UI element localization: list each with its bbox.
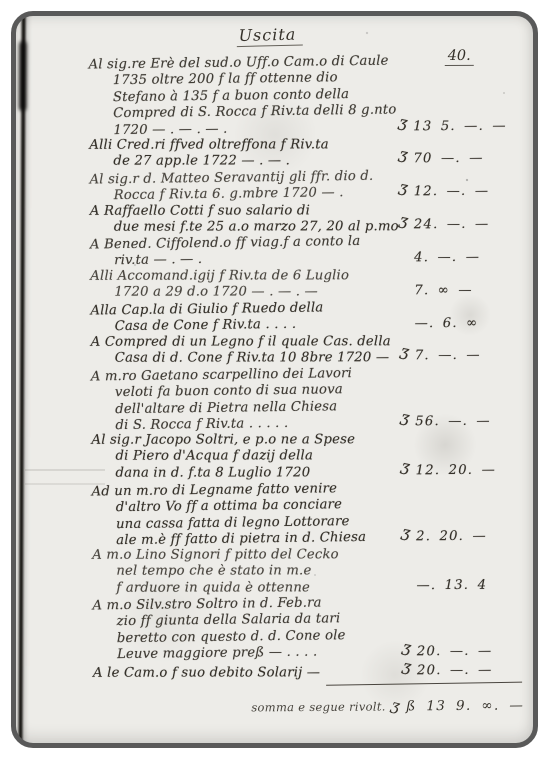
folio-number: 40. [445,48,474,66]
entry-amount: Ʒ 12. 20. — [401,461,529,481]
ledger-entry: A m.o Lino Signori f pitto del Ceckonel … [92,546,529,598]
amount-value: 24. —. — [414,217,490,234]
entry-text: A Compred di un Legno f il quale Cas. de… [91,334,400,367]
entry-line: Alli Cred.ri ffved oltreffona f Riv.ta [89,137,394,154]
ledger-entry: Alli Cred.ri ffved oltreffona f Riv.tade… [89,136,526,172]
amount-value: 20. —. — [417,663,493,680]
tie-flourish [400,326,410,328]
amount-value: —. 13. 4 [416,578,487,595]
amount-value: 7. —. — [415,348,481,365]
ledger-entry: Alla Cap.la di Giulio f Ruedo dellaCasa … [90,300,527,336]
amount-value: —. 6. ∞ [415,315,479,332]
amount-value: 12. —. — [414,184,490,201]
entry-line: di Piero d'Acqua f dazij della [116,449,397,466]
tie-flourish: Ʒ [398,346,411,364]
entry-line: Casa di d. Cone f Riv.ta 10 8bre 1720 — [115,350,396,367]
entry-amount: Ʒ 56. —. — [400,411,528,431]
ledger-entry: A m.ro Gaetano scarpellino dei Lavorivel… [91,365,528,434]
entry-text: Al sig.re Erè del sud.o Uff.o Cam.o di C… [88,53,398,139]
amount-value: 2. 20. — [416,529,487,546]
ledger-entry: A le Cam.o f suo debito Solarij — Ʒ 20. … [93,660,530,682]
tie-flourish: Ʒ [400,661,413,679]
entry-line: dana in d. f.ta 8 Luglio 1720 [116,465,397,482]
tie-flourish: Ʒ [400,641,413,659]
entry-text: Ad un m.ro di Legname fatto venired'altr… [92,480,402,550]
entry-text: A Raffaello Cotti f suo salario didue me… [90,203,399,236]
entry-text: Al sig.r Jacopo Soltri, e p.o ne a Spese… [91,433,400,483]
entry-text: Alli Cred.ri ffved oltreffona f Riv.tade… [89,137,398,170]
entry-amount: Ʒ 7. —. — [400,346,528,366]
amount-value: 4. —. — [414,250,480,267]
tie-flourish: Ʒ [399,461,412,479]
entry-amount: —. 13. 4 [401,577,529,595]
tie-flourish: Ʒ [397,149,410,167]
scanned-manuscript-page: Uscita 40. Al sig.re Erè del sud.o Uff.o… [0,0,549,760]
entry-text: Alli Accomand.igij f Riv.ta de 6 Luglio1… [90,268,399,301]
entry-amount: Ʒ 2. 20. — [401,526,529,546]
ledger-entry: Alli Accomand.igij f Riv.ta de 6 Luglio1… [90,267,527,303]
amount-value: 56. —. — [415,414,491,431]
tie-flourish: Ʒ [397,182,410,200]
tie-flourish [399,260,409,262]
tie-flourish: Ʒ [397,215,410,233]
entry-text: A Bened. Ciffolend.o ff viag.f a conto l… [90,234,399,271]
entry-line: A Compred di un Legno f il quale Cas. de… [91,334,396,351]
ledger-entry: Al sig.r Jacopo Soltri, e p.o ne a Spese… [91,431,528,483]
ledger-entry: A Compred di un Legno f il quale Cas. de… [91,332,528,368]
entry-amount: Ʒ 12. —. — [399,182,527,202]
handwritten-content: Uscita 40. Al sig.re Erè del sud.o Uff.o… [88,19,530,744]
ledger-entry: A m.o Silv.stro Soltro in d. Feb.razio f… [92,595,529,664]
entry-amount: Ʒ 13 5. —. — [398,116,526,136]
total-block: somma e segue rivolt. Ʒ ß 13 9. ∞. — [93,688,530,717]
entry-line: de 27 app.le 1722 — . — . [113,154,394,171]
amount-value: 20. —. — [417,643,493,660]
total-amount: ß 13 9. ∞. — [406,698,524,715]
entry-amount: 7. ∞ — [399,282,527,300]
sum-rule [326,682,522,686]
entry-line: Al sig.r Jacopo Soltri, e p.o ne a Spese [91,433,396,450]
entry-line: A Raffaello Cotti f suo salario di [90,203,395,220]
ledger-entry: Ad un m.ro di Legname fatto venired'altr… [92,480,529,549]
entry-line: Alli Accomand.igij f Riv.ta de 6 Luglio [90,268,395,285]
total-row: somma e segue rivolt. Ʒ ß 13 9. ∞. — [93,688,530,717]
amount-value: 70 —. — [413,151,483,168]
entry-text: Alla Cap.la di Giulio f Ruedo dellaCasa … [90,300,399,337]
page-title: Uscita [236,24,302,47]
entry-line: A le Cam.o f suo debito Solarij — [93,665,398,682]
entry-text: A m.ro Gaetano scarpellino dei Lavorivel… [91,365,401,435]
entry-amount: Ʒ 20. —. — [402,641,530,661]
tie-flourish: Ʒ [389,699,401,718]
entry-amount: Ʒ 24. —. — [399,215,527,235]
paper-sheet: Uscita 40. Al sig.re Erè del sud.o Uff.o… [15,15,534,744]
tie-flourish [402,588,412,590]
tie-flourish [399,293,409,295]
entry-amount: 4. —. — [399,249,527,267]
book-gutter-shadow [18,15,25,744]
entries-list: Al sig.re Erè del sud.o Uff.o Cam.o di C… [89,53,530,682]
entry-text: A m.o Silv.stro Soltro in d. Feb.razio f… [92,595,402,665]
entry-text: A le Cam.o f suo debito Solarij — [93,665,402,682]
entry-text: A m.o Lino Signori f pitto del Ceckonel … [92,547,401,597]
page-header: Uscita 40. [88,19,525,56]
ledger-entry: A Raffaello Cotti f suo salario didue me… [90,201,527,237]
ledger-entry: A Bened. Ciffolend.o ff viag.f a conto l… [90,234,527,270]
entry-amount: Ʒ 20. —. — [402,660,530,680]
entry-line: A m.o Lino Signori f pitto del Cecko [92,547,397,564]
amount-value: 13 5. —. — [413,118,507,135]
tie-flourish: Ʒ [400,526,413,544]
entry-text: Al sig.r d. Matteo Seravantij gli ffr. d… [89,168,398,205]
ledger-entry: Al sig.r d. Matteo Seravantij gli ffr. d… [90,168,527,204]
entry-amount: Ʒ 70 —. — [398,149,526,169]
entry-line: Rocca f Riv.ta 6. g.mbre 1720 — . [114,185,395,205]
amount-value: 7. ∞ — [414,283,472,300]
tie-flourish: Ʒ [399,411,412,429]
tie-flourish: Ʒ [397,116,410,134]
amount-value: 12. 20. — [416,463,496,480]
entry-line: nel tempo che è stato in m.e [116,564,397,581]
total-label: somma e segue rivolt. [251,700,386,715]
entry-amount: —. 6. ∞ [400,315,528,333]
ledger-entry: Al sig.re Erè del sud.o Uff.o Cam.o di C… [89,53,527,138]
